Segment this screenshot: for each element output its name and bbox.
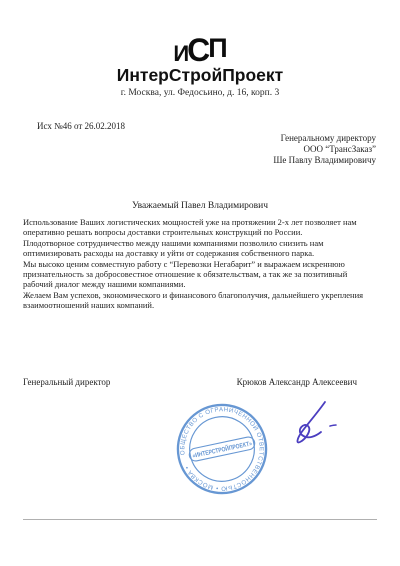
signoff-row: Генеральный директор Крюков Александр Ал…: [23, 377, 357, 387]
signature-dash: [330, 425, 336, 426]
body-paragraph: Использование Ваших логистических мощнос…: [23, 217, 379, 238]
salutation: Уважаемый Павел Владимирович: [0, 201, 400, 211]
recipient-line: Генеральному директору: [273, 133, 376, 144]
recipient-line: ООО “ТрансЗаказ”: [273, 144, 376, 155]
signer-title: Генеральный директор: [23, 377, 110, 387]
letter-page: И С П ИнтерСтройПроект г. Москва, ул. Фе…: [0, 0, 400, 566]
handwritten-signature: [288, 396, 352, 452]
logo-letter-i: И: [173, 45, 188, 64]
logo-letter-p: П: [208, 37, 226, 60]
signature-stroke: [297, 402, 325, 442]
footer-divider: [23, 519, 377, 520]
company-stamp: ОБЩЕСТВО С ОГРАНИЧЕННОЙ ОТВЕТСТВЕННОСТЬЮ…: [166, 393, 277, 504]
letter-body: Использование Ваших логистических мощнос…: [23, 217, 379, 311]
outgoing-reference: Исх №46 от 26.02.2018: [37, 121, 125, 131]
company-logo: И С П: [0, 24, 400, 64]
logo-letter-s: С: [187, 37, 209, 64]
recipient-line: Ше Павлу Владимировичу: [273, 155, 376, 166]
body-paragraph: Мы высоко ценим совместную работу с “Пер…: [23, 259, 379, 290]
stamp-center-text: «ИНТЕРСТРОЙПРОЕКТ»: [191, 438, 253, 459]
recipient-block: Генеральному директору ООО “ТрансЗаказ” …: [273, 133, 376, 166]
body-paragraph: Плодотворное сотрудничество между нашими…: [23, 238, 379, 259]
signer-name: Крюков Александр Алексеевич: [237, 377, 357, 387]
company-name: ИнтерСтройПроект: [0, 65, 400, 86]
company-address: г. Москва, ул. Федосьино, д. 16, корп. 3: [0, 88, 400, 98]
body-paragraph: Желаем Вам успехов, экономического и фин…: [23, 290, 379, 311]
